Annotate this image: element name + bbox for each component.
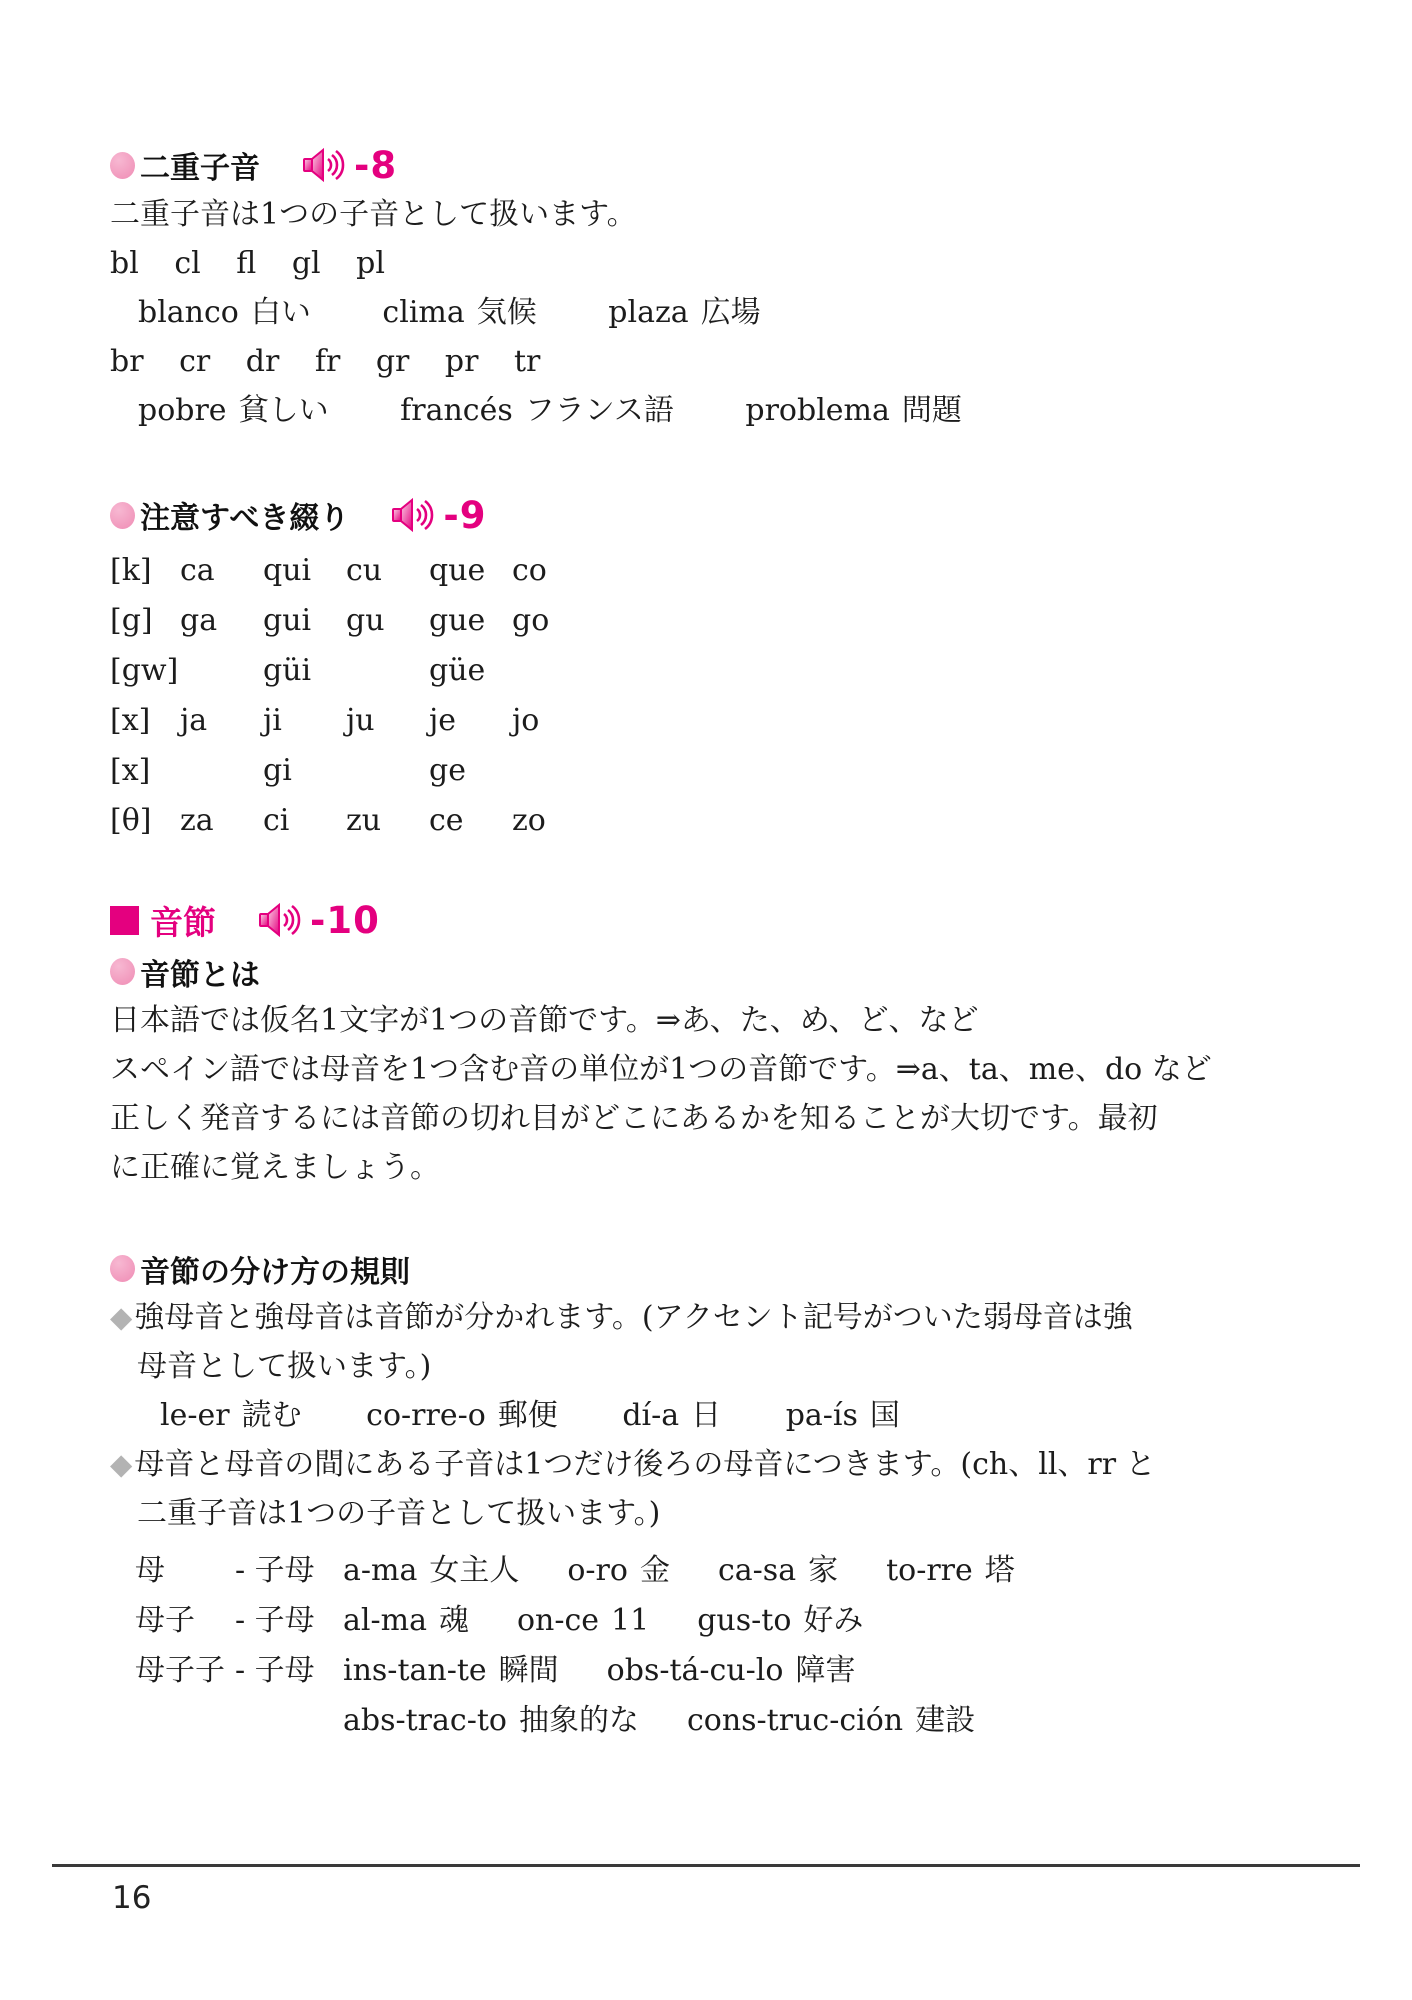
table-cell: zo bbox=[512, 796, 595, 846]
spelling-table: [k]caquicuqueco [g]gaguiguguego [gw]güig… bbox=[110, 546, 1360, 846]
word-pair: le-er読む bbox=[160, 1398, 302, 1433]
pattern-separator: - 子母 bbox=[235, 1546, 343, 1596]
japanese-gloss: 金 bbox=[640, 1553, 670, 1588]
table-row: [θ]zacizucezo bbox=[110, 796, 1360, 846]
paragraph-line: に正確に覚えましょう。 bbox=[110, 1143, 1360, 1192]
word-pair: abs-trac-to抽象的な bbox=[343, 1703, 639, 1738]
subsection-heading-what-is-syllable: 音節とは bbox=[110, 947, 1360, 996]
magenta-square-bullet-icon bbox=[110, 906, 139, 935]
section-title: 音節 bbox=[150, 897, 216, 944]
rule-text: 強母音と強母音は音節が分かれます。(アクセント記号がついた弱母音は強 bbox=[134, 1300, 1132, 1335]
audio-track-indicator: -8 bbox=[302, 144, 397, 187]
spanish-word: o-ro bbox=[567, 1553, 628, 1588]
section-title: 二重子音 bbox=[140, 143, 260, 187]
japanese-gloss: 女主人 bbox=[429, 1553, 519, 1588]
spanish-word: abs-trac-to bbox=[343, 1703, 507, 1738]
spanish-word: al-ma bbox=[343, 1603, 427, 1638]
consonant-group-1: bl cl fl gl pl bbox=[110, 239, 1360, 288]
example-row: pobre貧しい francésフランス語 problema問題 bbox=[110, 386, 1360, 435]
japanese-gloss: 読む bbox=[242, 1398, 302, 1433]
word-pair: co-rre-o郵便 bbox=[366, 1398, 558, 1433]
rule-line: ◆母音と母音の間にある子音は1つだけ後ろの母音につきます。(ch、ll、rr と bbox=[110, 1440, 1360, 1489]
table-cell: gi bbox=[263, 746, 346, 796]
table-cell: go bbox=[512, 596, 595, 646]
word-pair: ca-sa家 bbox=[718, 1553, 838, 1588]
subsection-title: 音節とは bbox=[140, 950, 260, 994]
table-cell bbox=[180, 746, 263, 796]
paragraph-line: 日本語では仮名1文字が1つの音節です。⇒あ、た、め、ど、など bbox=[110, 996, 1360, 1045]
audio-track-number: -9 bbox=[443, 494, 486, 537]
pattern-row: 母子子- 子母ins-tan-te瞬間obs-tá-cu-lo障害 bbox=[110, 1646, 1360, 1696]
japanese-gloss: 魂 bbox=[439, 1603, 469, 1638]
spanish-word: pobre bbox=[138, 393, 227, 428]
pattern-row: 母子- 子母al-ma魂on-ce11gus-to好み bbox=[110, 1596, 1360, 1646]
spanish-word: dí-a bbox=[622, 1398, 679, 1433]
diamond-bullet-icon: ◆ bbox=[110, 1447, 132, 1481]
section-title: 注意すべき綴り bbox=[140, 493, 349, 537]
paragraph-line: 正しく発音するには音節の切れ目がどこにあるかを知ることが大切です。最初 bbox=[110, 1094, 1360, 1143]
table-row: [x]jajijujejo bbox=[110, 696, 1360, 746]
audio-track-number: -8 bbox=[354, 144, 397, 187]
word-pair: francésフランス語 bbox=[400, 393, 674, 428]
word-pair: al-ma魂 bbox=[343, 1603, 469, 1638]
japanese-gloss: 広場 bbox=[701, 295, 761, 330]
table-cell: gui bbox=[263, 596, 346, 646]
pattern-separator: - 子母 bbox=[235, 1596, 343, 1646]
audio-track-indicator: -9 bbox=[391, 494, 486, 537]
japanese-gloss: フランス語 bbox=[525, 393, 674, 428]
pink-circle-bullet-icon bbox=[110, 152, 135, 179]
table-cell: ga bbox=[180, 596, 263, 646]
japanese-gloss: 気候 bbox=[477, 295, 537, 330]
spanish-word: on-ce bbox=[517, 1603, 599, 1638]
japanese-gloss: 国 bbox=[870, 1398, 900, 1433]
pattern-label: 母 bbox=[135, 1546, 235, 1596]
table-cell: jo bbox=[512, 696, 595, 746]
rule-text: 母音と母音の間にある子音は1つだけ後ろの母音につきます。(ch、ll、rr と bbox=[134, 1447, 1155, 1482]
table-cell: zu bbox=[346, 796, 429, 846]
table-cell bbox=[346, 646, 429, 696]
spanish-word: plaza bbox=[608, 295, 688, 330]
japanese-gloss: 貧しい bbox=[239, 393, 329, 428]
spanish-word: a-ma bbox=[343, 1553, 417, 1588]
word-pair: blanco白い bbox=[138, 295, 311, 330]
ipa-label: [k] bbox=[110, 546, 180, 596]
footer-divider bbox=[52, 1864, 1360, 1867]
spanish-word: pa-ís bbox=[786, 1398, 858, 1433]
japanese-gloss: 塔 bbox=[985, 1553, 1015, 1588]
japanese-gloss: 日 bbox=[691, 1398, 721, 1433]
pink-circle-bullet-icon bbox=[110, 1255, 135, 1282]
table-cell: gu bbox=[346, 596, 429, 646]
word-pair: ins-tan-te瞬間 bbox=[343, 1653, 559, 1688]
table-row: [x]gige bbox=[110, 746, 1360, 796]
table-row: [g]gaguiguguego bbox=[110, 596, 1360, 646]
speaker-icon bbox=[391, 496, 439, 534]
japanese-gloss: 障害 bbox=[795, 1653, 855, 1688]
ipa-label: [θ] bbox=[110, 796, 180, 846]
table-cell: qui bbox=[263, 546, 346, 596]
japanese-gloss: 11 bbox=[611, 1603, 649, 1638]
spanish-word: gus-to bbox=[697, 1603, 791, 1638]
ipa-label: [g] bbox=[110, 596, 180, 646]
spanish-word: francés bbox=[400, 393, 513, 428]
diamond-bullet-icon: ◆ bbox=[110, 1300, 132, 1334]
word-pair: gus-to好み bbox=[697, 1603, 863, 1638]
table-cell: ju bbox=[346, 696, 429, 746]
subsection-title: 音節の分け方の規則 bbox=[140, 1247, 410, 1291]
word-pair: o-ro金 bbox=[567, 1553, 670, 1588]
word-pair: pobre貧しい bbox=[138, 393, 329, 428]
section-heading-syllables: 音節 -10 bbox=[110, 893, 1360, 947]
spanish-word: ca-sa bbox=[718, 1553, 796, 1588]
table-cell bbox=[180, 646, 263, 696]
japanese-gloss: 白い bbox=[251, 295, 311, 330]
spanish-word: blanco bbox=[138, 295, 239, 330]
word-pair: on-ce11 bbox=[517, 1603, 649, 1638]
spanish-word: obs-tá-cu-lo bbox=[607, 1653, 784, 1688]
japanese-gloss: 家 bbox=[808, 1553, 838, 1588]
ipa-label: [x] bbox=[110, 746, 180, 796]
pattern-row: abs-trac-to抽象的なcons-truc-ción建設 bbox=[110, 1696, 1360, 1746]
table-cell: za bbox=[180, 796, 263, 846]
pattern-label: 母子子 bbox=[135, 1646, 235, 1696]
audio-track-indicator: -10 bbox=[258, 899, 380, 942]
speaker-icon bbox=[302, 146, 350, 184]
textbook-page: { "colors": { "accent_magenta": "#e4007f… bbox=[0, 0, 1412, 2000]
word-pair: obs-tá-cu-lo障害 bbox=[607, 1653, 856, 1688]
table-cell bbox=[512, 646, 595, 696]
word-pair: pa-ís国 bbox=[786, 1398, 900, 1433]
audio-track-number: -10 bbox=[310, 899, 380, 942]
pink-circle-bullet-icon bbox=[110, 958, 135, 985]
ipa-label: [gw] bbox=[110, 646, 180, 696]
pattern-label: 母子 bbox=[135, 1596, 235, 1646]
pattern-separator: - 子母 bbox=[235, 1646, 343, 1696]
word-pair: to-rre塔 bbox=[886, 1553, 1015, 1588]
spanish-word: le-er bbox=[160, 1398, 230, 1433]
table-cell: je bbox=[429, 696, 512, 746]
table-cell: cu bbox=[346, 546, 429, 596]
table-row: [gw]güigüe bbox=[110, 646, 1360, 696]
japanese-gloss: 抽象的な bbox=[519, 1703, 639, 1738]
rule-line: ◆強母音と強母音は音節が分かれます。(アクセント記号がついた弱母音は強 bbox=[110, 1293, 1360, 1342]
section-heading-spelling: 注意すべき綴り -9 bbox=[110, 490, 1360, 540]
page-number: 16 bbox=[112, 1880, 151, 1916]
table-cell: güe bbox=[429, 646, 512, 696]
spanish-word: cons-truc-ción bbox=[687, 1703, 903, 1738]
word-pair: plaza広場 bbox=[608, 295, 760, 330]
table-cell: ge bbox=[429, 746, 512, 796]
table-cell bbox=[346, 746, 429, 796]
example-row: blanco白い clima気候 plaza広場 bbox=[110, 288, 1360, 337]
spanish-word: problema bbox=[745, 393, 890, 428]
table-cell: ji bbox=[263, 696, 346, 746]
spanish-word: co-rre-o bbox=[366, 1398, 486, 1433]
table-cell: ci bbox=[263, 796, 346, 846]
syllable-pattern-rows: 母- 子母a-ma女主人o-ro金ca-sa家to-rre塔 母子- 子母al-… bbox=[110, 1546, 1360, 1746]
japanese-gloss: 瞬間 bbox=[499, 1653, 559, 1688]
word-pair: clima気候 bbox=[382, 295, 536, 330]
word-pair: dí-a日 bbox=[622, 1398, 721, 1433]
pink-circle-bullet-icon bbox=[110, 502, 135, 529]
table-cell: ja bbox=[180, 696, 263, 746]
ipa-label: [x] bbox=[110, 696, 180, 746]
intro-text: 二重子音は1つの子音として扱います。 bbox=[110, 190, 1360, 239]
rule-line: 二重子音は1つの子音として扱います。) bbox=[110, 1489, 1360, 1538]
table-cell: que bbox=[429, 546, 512, 596]
rule-line: 母音として扱います。) bbox=[110, 1342, 1360, 1391]
spanish-word: to-rre bbox=[886, 1553, 973, 1588]
page-content: 二重子音 -8 二重子音は1つの子音として扱います。 bl cl fl gl p… bbox=[110, 140, 1360, 1746]
table-cell: ca bbox=[180, 546, 263, 596]
table-cell: güi bbox=[263, 646, 346, 696]
spanish-word: ins-tan-te bbox=[343, 1653, 487, 1688]
table-cell: ce bbox=[429, 796, 512, 846]
subsection-heading-division-rules: 音節の分け方の規則 bbox=[110, 1244, 1360, 1293]
japanese-gloss: 郵便 bbox=[498, 1398, 558, 1433]
consonant-group-2: br cr dr fr gr pr tr bbox=[110, 337, 1360, 386]
pattern-row: 母- 子母a-ma女主人o-ro金ca-sa家to-rre塔 bbox=[110, 1546, 1360, 1596]
japanese-gloss: 好み bbox=[803, 1603, 863, 1638]
speaker-icon bbox=[258, 901, 306, 939]
section-heading-double-consonants: 二重子音 -8 bbox=[110, 140, 1360, 190]
spanish-word: clima bbox=[382, 295, 464, 330]
word-pair: problema問題 bbox=[745, 393, 962, 428]
table-cell bbox=[512, 746, 595, 796]
japanese-gloss: 問題 bbox=[902, 393, 962, 428]
paragraph-line: スペイン語では母音を1つ含む音の単位が1つの音節です。⇒a、ta、me、do な… bbox=[110, 1045, 1360, 1094]
table-cell: co bbox=[512, 546, 595, 596]
word-pair: cons-truc-ción建設 bbox=[687, 1703, 975, 1738]
word-pair: a-ma女主人 bbox=[343, 1553, 519, 1588]
table-row: [k]caquicuqueco bbox=[110, 546, 1360, 596]
table-cell: gue bbox=[429, 596, 512, 646]
japanese-gloss: 建設 bbox=[915, 1703, 975, 1738]
example-row: le-er読む co-rre-o郵便 dí-a日 pa-ís国 bbox=[110, 1391, 1360, 1440]
